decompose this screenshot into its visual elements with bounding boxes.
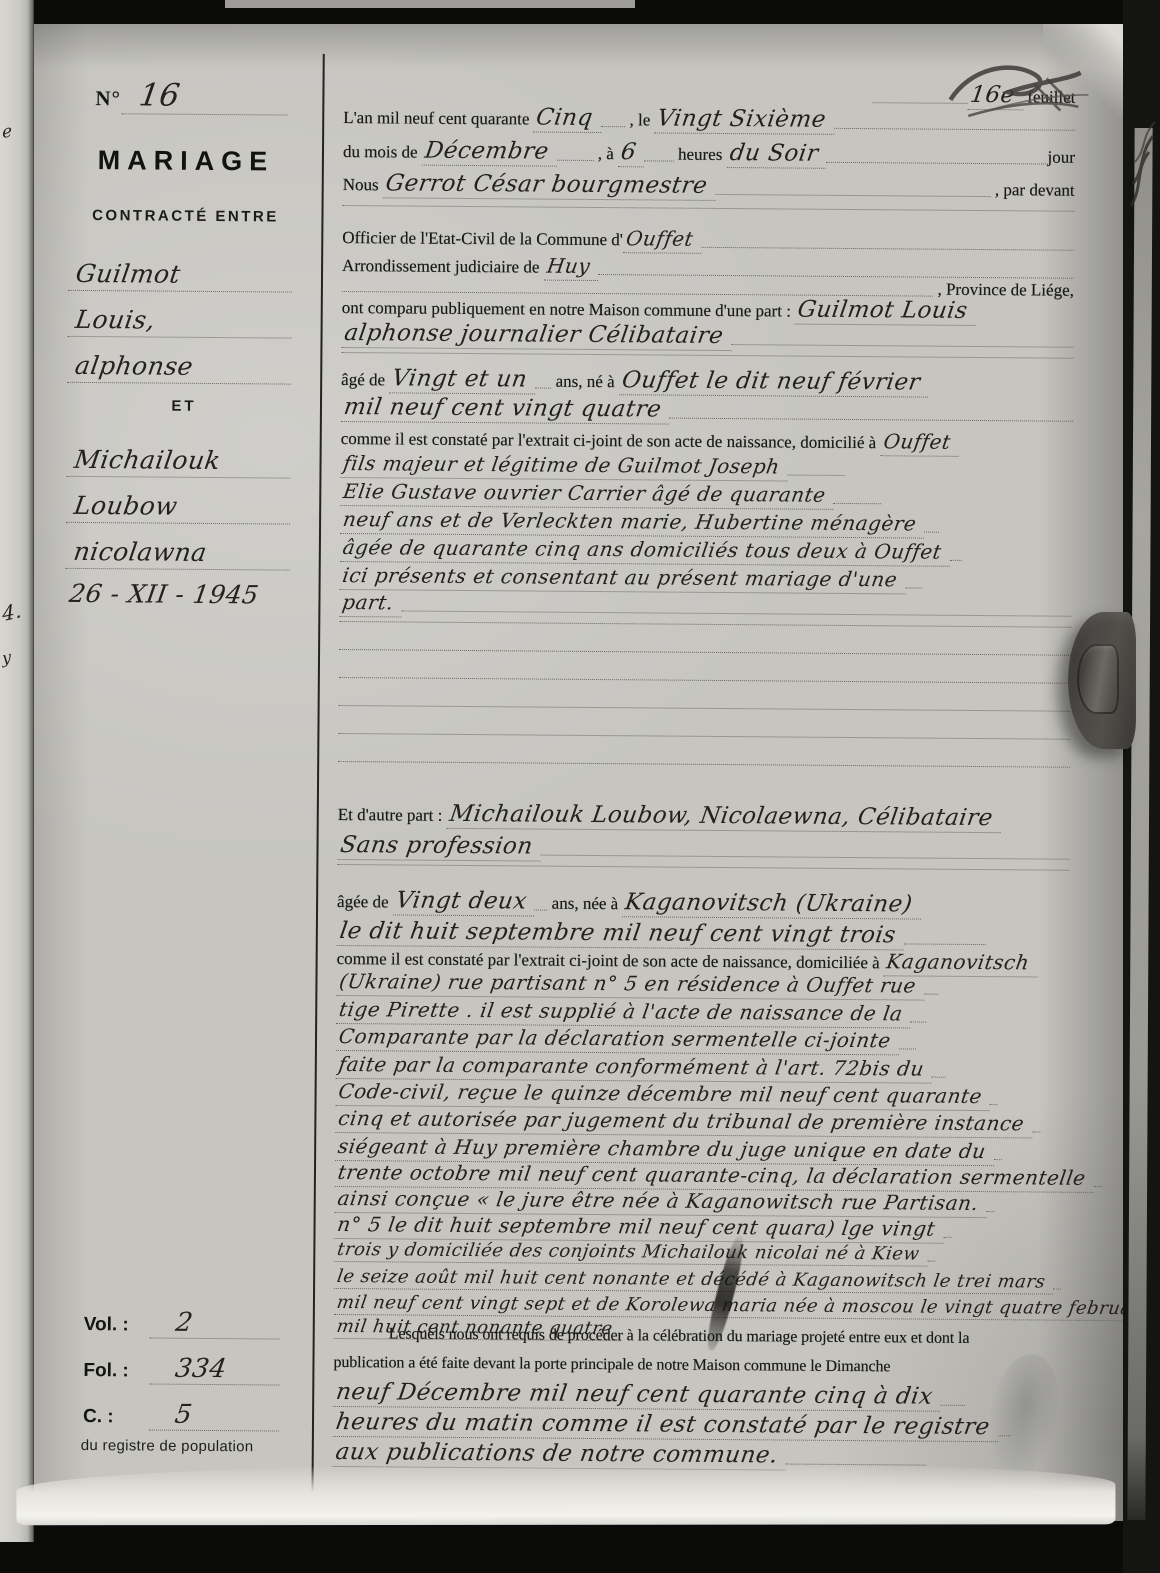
and-label: ET	[49, 397, 319, 416]
handwritten-text: Kaganovitsch (Ukraine)	[622, 889, 920, 919]
handwritten-text: part.	[339, 590, 401, 617]
form-line-33: (Ukraine) rue partisant n° 5 en résidenc…	[336, 969, 1068, 1002]
handwritten-text: cinq et autorisée par jugement du tribun…	[335, 1106, 1032, 1138]
bride-name-line: Michailouk	[66, 445, 296, 493]
handwritten-text: âgée de quarante cinq ans domiciliés tou…	[340, 535, 950, 567]
printed-text: âgé de	[341, 370, 389, 390]
printed-text: ans, née à	[547, 894, 622, 915]
blank-rule	[943, 1237, 951, 1238]
printed-text: heures	[674, 145, 727, 165]
line-commune: Officier de l'Etat-Civil de la Commune d…	[342, 224, 1074, 257]
reference-value: 5	[149, 1400, 279, 1432]
line-publication: publication a été faite devant la porte …	[333, 1354, 1065, 1378]
handwritten-text: du Soir	[727, 140, 827, 169]
form-line-26	[338, 759, 1070, 766]
printed-text: L'an mil neuf cent quarante	[343, 108, 534, 129]
printed-text: comme il est constaté par l'extrait ci-j…	[341, 429, 881, 453]
groom-name-line: Guilmot	[68, 259, 298, 307]
form-body: 16e feuilletL'an mil neuf cent quarante …	[332, 23, 1076, 1526]
margin-writing-fragment: 4.	[0, 598, 24, 626]
blank-rule	[927, 1261, 935, 1262]
handwritten-name: Loubow	[66, 491, 290, 525]
form-line-16: Elie Gustave ouvrier Carrier âgé de quar…	[340, 479, 1072, 512]
form-subtitle: CONTRACTÉ ENTRE	[50, 207, 320, 226]
handwritten-name: alphonse	[67, 351, 291, 385]
blank-rule	[994, 1159, 1002, 1160]
printed-text: Officier de l'Etat-Civil de la Commune d…	[342, 228, 623, 250]
blank-rule	[339, 677, 1071, 684]
register-page: N° 16 MARIAGE CONTRACTÉ ENTRE GuilmotLou…	[34, 24, 1123, 1521]
handwritten-text: Décembre	[422, 138, 557, 167]
form-line-25	[338, 731, 1070, 738]
handwritten-text: Michailouk Loubow, Nicolaewna, Célibatai…	[446, 801, 1000, 833]
margin-writing-fragment: e	[0, 121, 14, 143]
handwritten-text: (Ukraine) rue partisant n° 5 en résidenc…	[336, 969, 924, 1001]
printed-text: , à	[593, 144, 618, 164]
handwritten-name: Louis,	[68, 305, 292, 339]
handwritten-text: Vingt et un	[389, 365, 535, 394]
margin-writing-fragment: y	[0, 647, 13, 668]
form-line-28: Sans profession	[337, 832, 1069, 866]
marriage-date: 26 - XII - 1945	[69, 579, 258, 610]
line-bride-name: Et d'autre part : Michailouk Loubow, Nic…	[338, 800, 1070, 834]
blank-rule	[826, 162, 1048, 165]
handwritten-text: Comparante par la déclaration sermentell…	[336, 1024, 899, 1055]
edge-scribble	[1125, 66, 1159, 216]
printed-text: publication a été faite devant la porte …	[333, 1354, 890, 1376]
printed-text: , le	[625, 110, 654, 130]
blank-rule	[343, 205, 1075, 212]
handwritten-text: le seize août mil huit cent nonante et d…	[334, 1266, 1053, 1295]
blank-rule	[601, 126, 625, 127]
form-line-22	[339, 647, 1071, 654]
handwritten-text: heures du matin comme il est constaté pa…	[333, 1409, 998, 1442]
reference-value: 2	[150, 1308, 280, 1340]
line-month-hour: du mois de Décembre , à 6 heures du Soir…	[343, 137, 1075, 171]
blank-rule	[556, 160, 593, 161]
blank-rule	[341, 352, 1073, 359]
printed-text: , par devant	[991, 180, 1075, 201]
form-line-17: neuf ans et de Verleckten marie, Huberti…	[340, 507, 1072, 540]
blank-rule	[949, 560, 961, 561]
register-caption: du registre de population	[81, 1437, 254, 1455]
reference-value: 334	[149, 1354, 279, 1386]
printed-text: ont comparu publiquement en notre Maison…	[342, 298, 796, 322]
handwritten-text: neuf ans et de Verleckten marie, Huberti…	[340, 507, 924, 539]
bride-name-line: Loubow	[66, 491, 296, 539]
handwritten-text: Vingt Sixième	[654, 105, 834, 134]
blank-rule	[986, 1211, 994, 1212]
blank-rule	[990, 1104, 998, 1105]
handwritten-text: Cinq	[534, 105, 602, 134]
handwritten-name: nicolawna	[66, 537, 290, 571]
form-line-49: neuf Décembre mil neuf cent quarante cin…	[333, 1379, 1065, 1413]
handwritten-text: Sans profession	[337, 832, 540, 862]
blank-rule	[402, 610, 1072, 616]
handwritten-text: Ouffet le dit neuf février	[619, 367, 928, 397]
page-bottom-curl	[16, 1464, 1115, 1525]
form-line-10: alphonse journalier Célibataire	[341, 320, 1073, 354]
handwritten-text: mil neuf cent vingt quatre	[341, 394, 670, 425]
handwritten-text: fils majeur et légitime de Guilmot Josep…	[340, 451, 787, 482]
line-officer: Nous Gerrot César bourgmestre , par deva…	[343, 170, 1075, 204]
register-references: Vol. :2Fol. :334C. :5	[83, 1307, 280, 1447]
blank-rule	[541, 855, 1070, 860]
handwritten-text: Elie Gustave ouvrier Carrier âgé de quar…	[340, 479, 834, 510]
book-edge	[1123, 0, 1160, 1573]
form-line-18: âgée de quarante cinq ans domiciliés tou…	[340, 535, 1072, 568]
blank-rule	[834, 503, 882, 504]
blank-rule	[644, 160, 674, 161]
form-line-35: Comparante par la déclaration sermentell…	[336, 1024, 1068, 1057]
register-reference-row: Vol. :2	[84, 1307, 280, 1355]
blank-rule	[339, 621, 1071, 628]
blank-rule	[905, 587, 922, 588]
reference-label: Fol. :	[83, 1360, 149, 1383]
blank-rule	[338, 761, 1070, 768]
background-glint	[225, 0, 635, 8]
printed-text: du mois de	[343, 142, 422, 163]
blank-rule	[339, 705, 1071, 712]
blank-rule	[343, 99, 872, 103]
groom-name-line: alphonse	[67, 351, 297, 399]
record-number-label: N°	[95, 86, 121, 111]
blank-rule	[1053, 1289, 1061, 1290]
handwritten-text: neuf Décembre mil neuf cent quarante cin…	[333, 1379, 941, 1412]
printed-text: Nous	[343, 175, 383, 195]
blank-rule	[932, 1077, 946, 1078]
blank-rule	[337, 864, 1069, 871]
blank-rule	[788, 475, 845, 476]
blank-rule	[669, 418, 1073, 422]
register-reference-row: Fol. :334	[83, 1353, 279, 1401]
handwritten-name: Michailouk	[66, 445, 290, 479]
blank-rule	[731, 344, 1073, 348]
next-page-edge	[1127, 128, 1152, 1520]
handwritten-text: trois y domiciliée des conjoints Michail…	[334, 1239, 927, 1267]
form-line-15: fils majeur et légitime de Guilmot Josep…	[340, 451, 1072, 484]
form-title: MARIAGE	[51, 145, 321, 178]
form-line-13: mil neuf cent vingt quatre	[341, 394, 1073, 428]
form-line-50: heures du matin comme il est constaté pa…	[333, 1409, 1065, 1443]
record-number-row: N° 16	[95, 77, 287, 116]
form-line-24	[339, 703, 1071, 710]
blank-rule	[339, 649, 1071, 656]
reference-label: C. :	[83, 1406, 149, 1429]
groom-name-line: Louis,	[67, 305, 297, 353]
blank-rule	[924, 532, 939, 533]
handwritten-text: Gerrot César bourgmestre	[383, 170, 716, 201]
blank-rule	[910, 1021, 926, 1022]
blank-rule	[941, 1405, 966, 1406]
handwritten-text: Vingt deux	[393, 887, 535, 916]
printed-text: ans, né à	[551, 372, 619, 393]
page-content: N° 16 MARIAGE CONTRACTÉ ENTRE GuilmotLou…	[22, 21, 1123, 1527]
sidebar-column: N° 16 MARIAGE CONTRACTÉ ENTRE GuilmotLou…	[22, 21, 323, 1520]
blank-rule	[338, 733, 1070, 740]
blank-rule	[715, 194, 990, 197]
blank-rule	[701, 247, 1074, 251]
handwritten-text: Guilmot Louis	[795, 297, 976, 326]
handwritten-name: Guilmot	[68, 259, 292, 293]
form-line-5	[343, 203, 1075, 210]
blank-rule	[924, 994, 938, 995]
bride-name-line: nicolawna	[66, 537, 296, 585]
thumb-nail	[1077, 644, 1119, 714]
line-groom-age: âgé de Vingt et un ans, né à Ouffet le d…	[341, 365, 1073, 399]
handwritten-text: 6	[618, 139, 644, 167]
record-number-value: 16	[121, 77, 287, 115]
groom-name-block: GuilmotLouis,alphonse	[67, 259, 298, 399]
blank-rule	[899, 1048, 916, 1049]
blank-rule	[1094, 1186, 1102, 1187]
line-bride-age: âgée de Vingt deux ans, née à Kaganovits…	[337, 887, 1069, 921]
scanned-marriage-register-photo: e 4. y N° 16 MARIAGE CONTRACTÉ ENTRE Gui…	[0, 0, 1160, 1573]
blank-rule	[904, 943, 987, 945]
form-line-43: trois y domiciliée des conjoints Michail…	[334, 1239, 1066, 1268]
form-line-20: part.	[339, 590, 1071, 623]
printed-text: âgée de	[337, 892, 393, 912]
handwritten-text: Ouffet	[623, 226, 701, 254]
printed-text: Et d'autre part :	[338, 805, 447, 826]
reference-label: Vol. :	[84, 1314, 150, 1337]
form-line-44: le seize août mil huit cent nonante et d…	[334, 1266, 1066, 1295]
blank-rule	[1032, 1131, 1040, 1132]
blank-rule	[535, 388, 551, 389]
form-line-23	[339, 675, 1071, 682]
pencil-scribble	[938, 54, 1099, 133]
handwritten-text: alphonse journalier Célibataire	[341, 320, 731, 351]
blank-rule	[535, 910, 548, 911]
printed-text: jour	[1048, 148, 1076, 168]
handwritten-text: Ouffet	[880, 429, 958, 457]
printed-text: Lesquels nous ont requis de procéder à l…	[389, 1325, 970, 1348]
form-line-38: cinq et autorisée par jugement du tribun…	[335, 1106, 1067, 1139]
bride-name-block: MichailoukLoubownicolawna	[66, 445, 297, 585]
thumb	[1068, 612, 1136, 749]
